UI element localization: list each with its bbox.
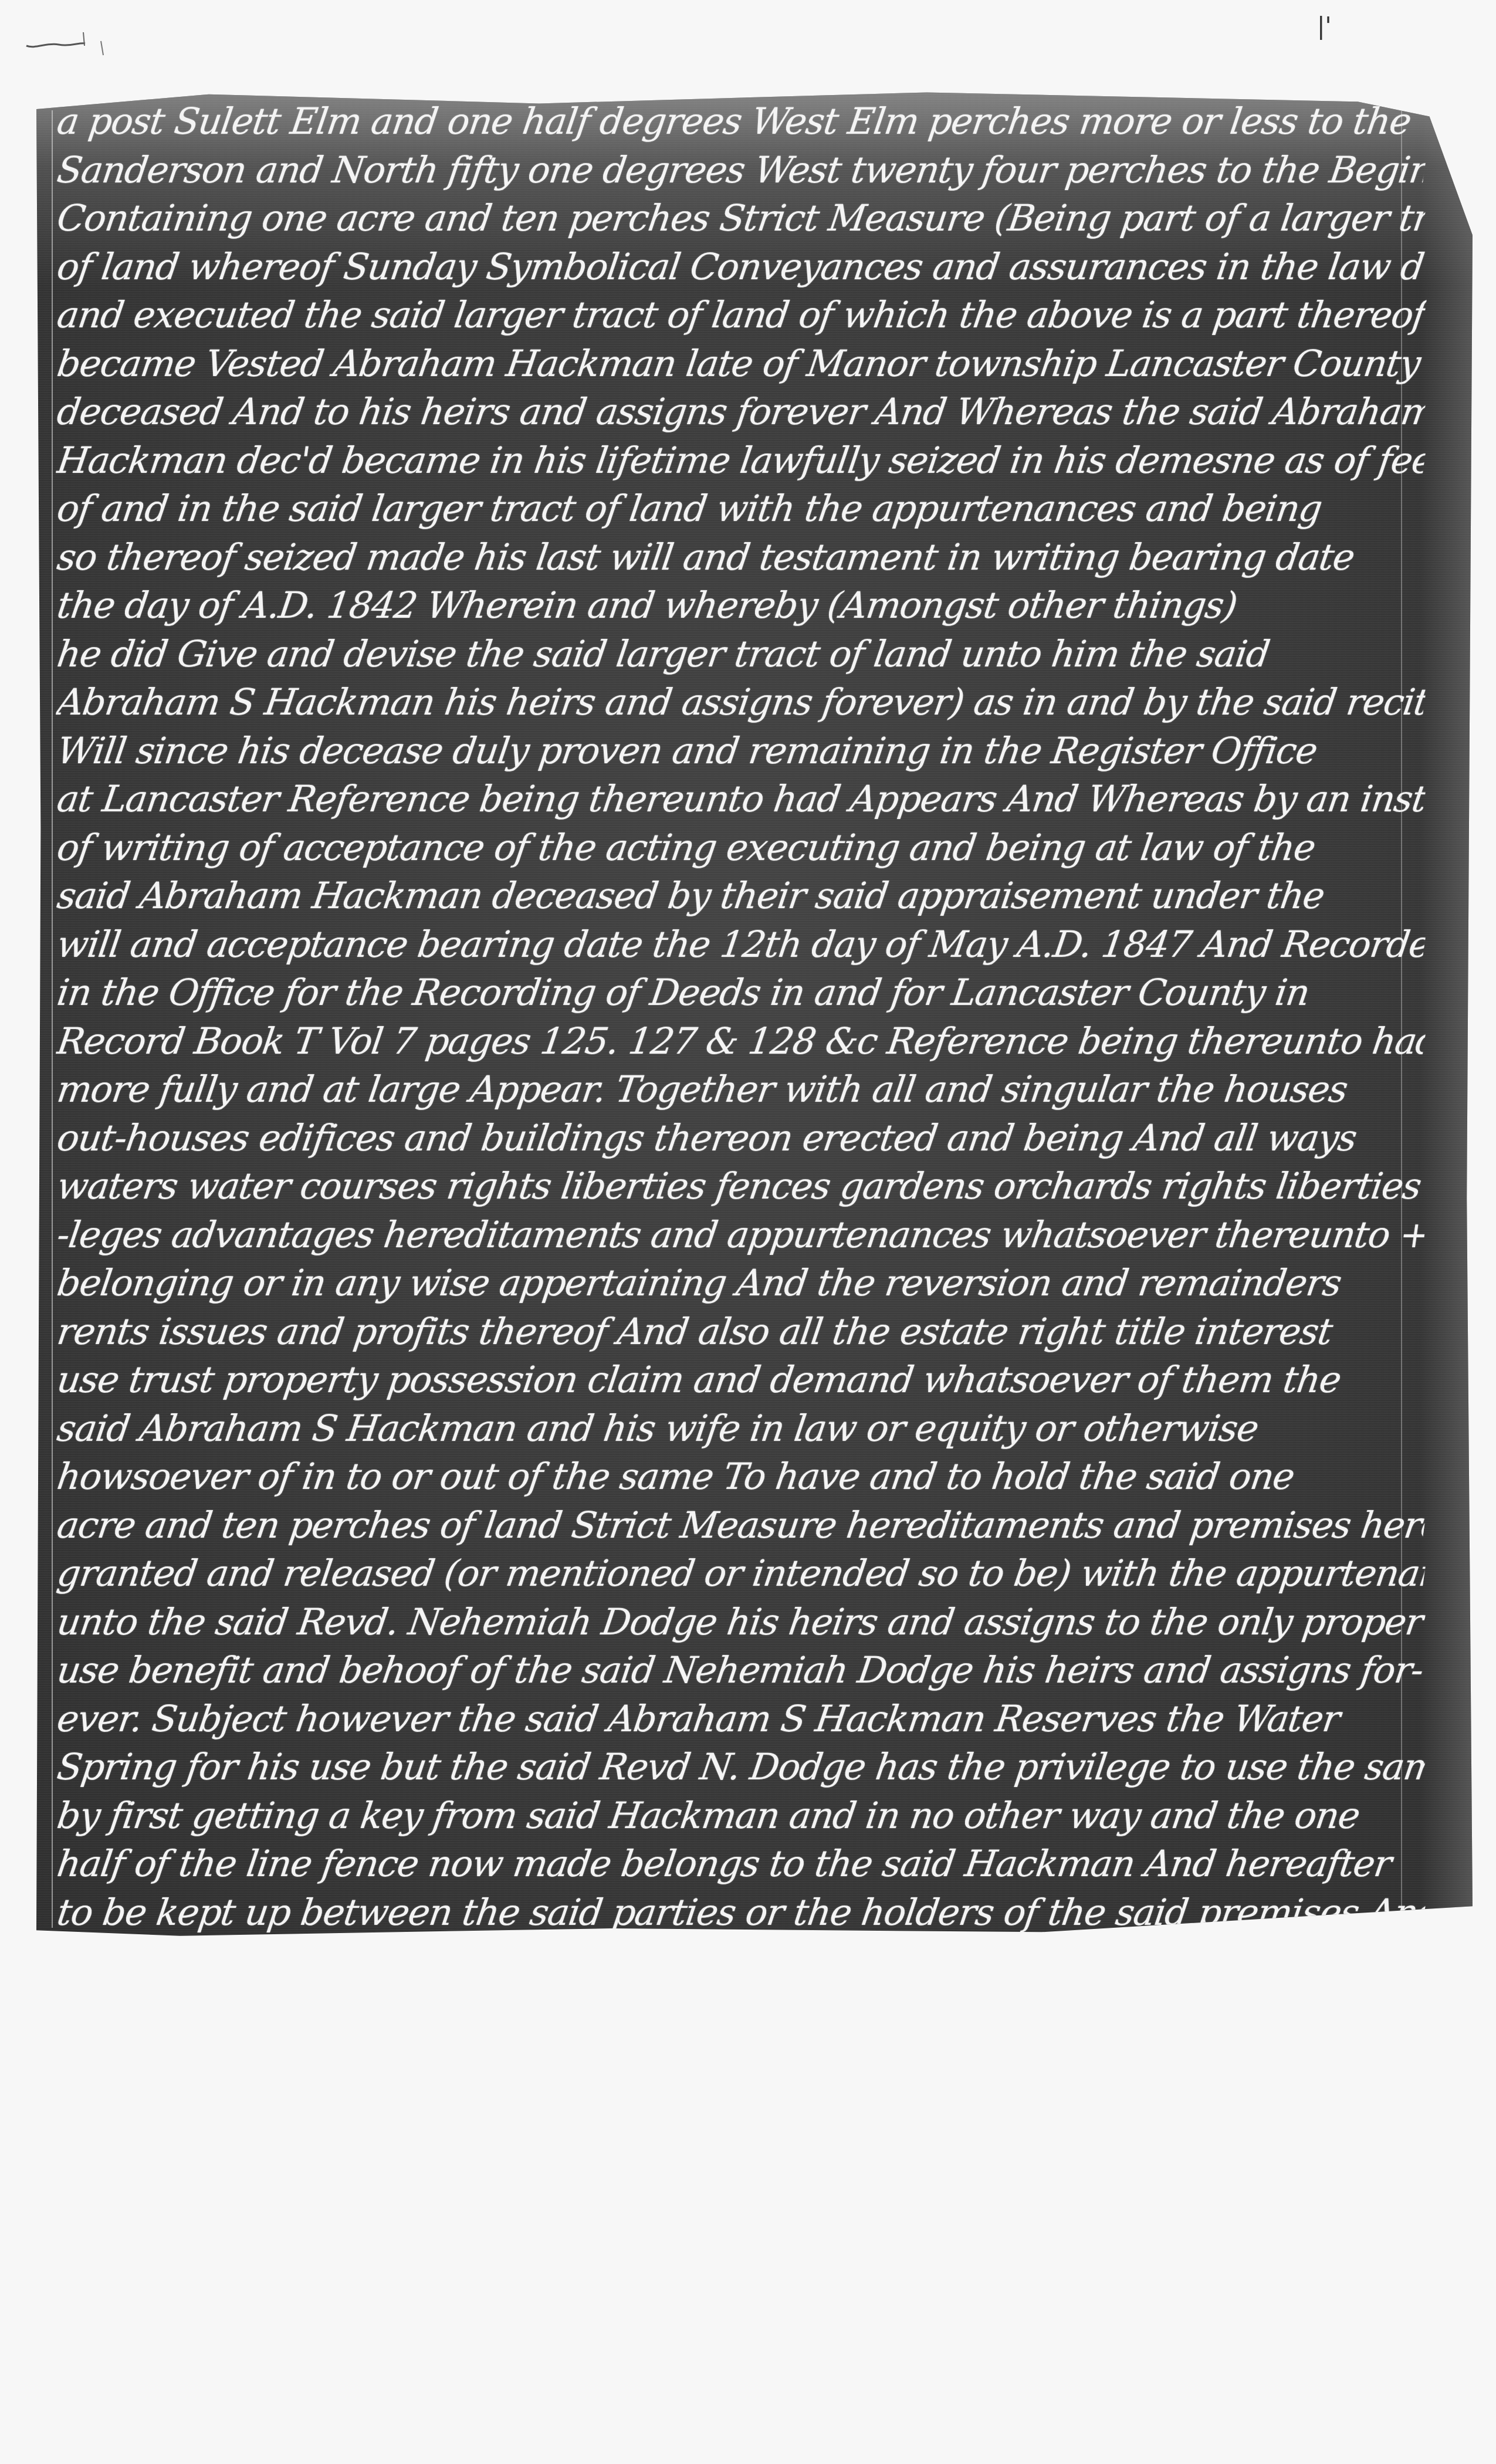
text-line: granted and released (or mentioned or in…	[54, 1549, 1428, 1598]
text-line: in the Office for the Recording of Deeds…	[54, 969, 1428, 1017]
text-line: belonging or in any wise appertaining An…	[54, 1259, 1428, 1308]
deed-scan: a post Sulett Elm and one half degrees W…	[36, 87, 1473, 1940]
text-line: at Lancaster Reference being thereunto h…	[54, 775, 1428, 824]
text-line: half of the line fence now made belongs …	[54, 1840, 1428, 1888]
text-line: of and in the said larger tract of land …	[54, 485, 1428, 533]
text-line: the said Abraham S Hackman and his wife …	[54, 1937, 1428, 1985]
text-line: howsoever of in to or out of the same To…	[54, 1453, 1428, 1501]
handwritten-text-block: a post Sulett Elm and one half degrees W…	[57, 97, 1424, 2130]
text-line: so thereof seized made his last will and…	[54, 533, 1428, 582]
text-line: more fully and at large Appear. Together…	[54, 1065, 1428, 1114]
text-line: Containing one acre and ten perches Stri…	[54, 194, 1428, 243]
text-line: unto the said Revd. Nehemiah Dodge his h…	[54, 1598, 1428, 1647]
text-line: Spring for his use but the said Revd N. …	[54, 1743, 1428, 1792]
text-line: -leges advantages hereditaments and appu…	[54, 1211, 1428, 1260]
text-line: use trust property possession claim and …	[54, 1356, 1428, 1404]
corner-mark-left	[23, 29, 111, 65]
page-top-margin: |'	[0, 0, 1496, 88]
text-line: to be kept up between the said parties o…	[54, 1888, 1428, 1937]
text-line: deceased And to his heirs and assigns fo…	[54, 388, 1428, 436]
text-line: rents issues and profits thereof And als…	[54, 1308, 1428, 1356]
text-line: ever. Subject however the said Abraham S…	[54, 1695, 1428, 1744]
corner-mark-right: |'	[1317, 15, 1325, 44]
text-line: a post Sulett Elm and one half degrees W…	[54, 97, 1428, 146]
text-line: presents that they the said Abraham S Ha…	[54, 2082, 1428, 2131]
scan-right-fade	[1420, 87, 1473, 1940]
text-line: by first getting a key from said Hackman…	[54, 1792, 1428, 1840]
text-line: said Abraham Hackman deceased by their s…	[54, 872, 1428, 920]
text-line: Record Book T Vol 7 pages 125. 127 & 128…	[54, 1017, 1428, 1066]
text-line: use benefit and behoof of the said Nehem…	[54, 1646, 1428, 1695]
text-line: Will since his decease duly proven and r…	[54, 727, 1428, 776]
text-line: he did Give and devise the said larger t…	[54, 630, 1428, 679]
margin-rule-left	[52, 110, 53, 1928]
text-line: Sanderson and North fifty one degrees We…	[54, 146, 1428, 195]
text-line: Abraham S Hackman his heirs and assigns …	[54, 678, 1428, 727]
text-line: waters water courses rights liberties fe…	[54, 1162, 1428, 1211]
text-line: the day of A.D. 1842 Wherein and whereby…	[54, 581, 1428, 630]
text-line: will and acceptance bearing date the 12t…	[54, 920, 1428, 969]
text-line: acre and ten perches of land Strict Meas…	[54, 1501, 1428, 1550]
text-line: Hackman dec'd became in his lifetime law…	[54, 436, 1428, 485]
text-line: Executors and Administrators do covenant…	[54, 1985, 1428, 2034]
text-line: and with the said Revd. Nehemiah Dodge h…	[54, 2033, 1428, 2082]
text-line: and executed the said larger tract of la…	[54, 291, 1428, 340]
text-line: out-houses edifices and buildings thereo…	[54, 1114, 1428, 1163]
text-line: said Abraham S Hackman and his wife in l…	[54, 1404, 1428, 1453]
text-line: became Vested Abraham Hackman late of Ma…	[54, 340, 1428, 388]
text-line: of land whereof Sunday Symbolical Convey…	[54, 243, 1428, 292]
text-line: of writing of acceptance of the acting e…	[54, 824, 1428, 872]
